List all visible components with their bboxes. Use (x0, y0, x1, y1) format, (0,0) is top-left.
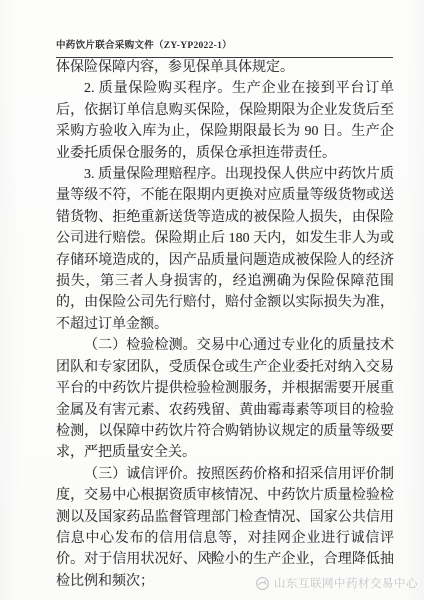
document-header-title: 中药饮片联合采购文件（ZY-YP2022-1） (56, 41, 232, 51)
watermark: 山东互联网中药材交易中心 (255, 575, 418, 591)
page-number: 38 (0, 551, 424, 561)
paragraph-continuation: 体保险保障内容，参见保单具体规定。 (56, 57, 394, 78)
paragraph-inspection-testing: （二）检验检测。交易中心通过专业化的质量技术团队和专家团队，受质保仓或生产企业委… (56, 335, 394, 463)
document-page: 中药饮片联合采购文件（ZY-YP2022-1） 体保险保障内容，参见保单具体规定… (0, 0, 424, 600)
trade-center-logo-icon (255, 576, 270, 591)
document-header: 中药饮片联合采购文件（ZY-YP2022-1） (56, 35, 393, 58)
document-body: 体保险保障内容，参见保单具体规定。 2. 质量保险购买程序。生产企业在接到平台订… (56, 57, 394, 592)
paragraph-insurance-claims: 3. 质量保险理赔程序。出现投保人供应中药饮片质量等级不符，不能在限期内更换对应… (56, 164, 394, 335)
paragraph-insurance-purchase: 2. 质量保险购买程序。生产企业在接到平台订单后，依据订单信息购买保险，保险期限… (56, 78, 394, 164)
paragraph-credit-evaluation: （三）诚信评价。按照医药价格和招采信用评价制度，交易中心根据资质审核情况、中药饮… (56, 464, 394, 592)
watermark-text: 山东互联网中药材交易中心 (274, 575, 418, 591)
